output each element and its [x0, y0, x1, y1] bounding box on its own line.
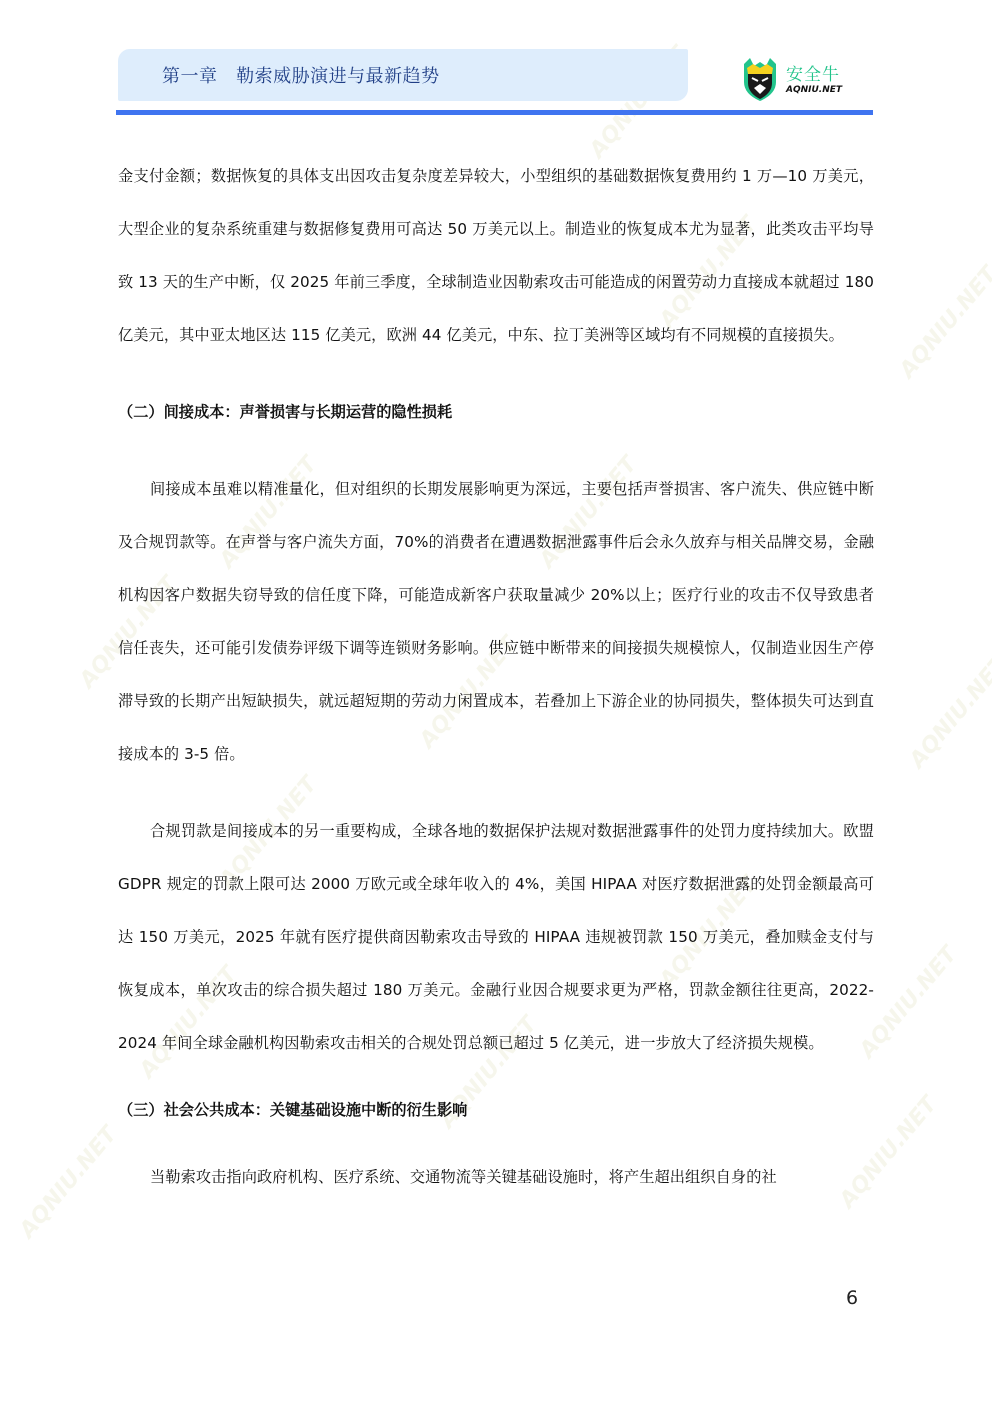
section-heading: （二）间接成本：声誉损害与长期运营的隐性损耗	[118, 386, 874, 439]
paragraph: 当勒索攻击指向政府机构、医疗系统、交通物流等关键基础设施时，将产生超出组织自身的…	[118, 1151, 874, 1204]
watermark: AQNIU.NET	[905, 652, 992, 773]
paragraph: 金支付金额；数据恢复的具体支出因攻击复杂度差异较大，小型组织的基础数据恢复费用约…	[118, 150, 874, 362]
section-heading: （三）社会公共成本：关键基础设施中断的衍生影响	[118, 1084, 874, 1137]
brand-logo: 安全牛 AQNIU.NET	[740, 56, 875, 104]
watermark: AQNIU.NET	[895, 262, 992, 383]
header-divider	[116, 110, 873, 115]
page-number: 6	[846, 1287, 858, 1309]
paragraph: 间接成本虽难以精准量化，但对组织的长期发展影响更为深远，主要包括声誉损害、客户流…	[118, 463, 874, 781]
warrior-shield-icon	[740, 56, 780, 102]
logo-text-en: AQNIU.NET	[786, 85, 842, 95]
document-body: 金支付金额；数据恢复的具体支出因攻击复杂度差异较大，小型组织的基础数据恢复费用约…	[118, 150, 874, 1204]
watermark: AQNIU.NET	[15, 1122, 122, 1243]
paragraph: 合规罚款是间接成本的另一重要构成，全球各地的数据保护法规对数据泄露事件的处罚力度…	[118, 805, 874, 1070]
chapter-title: 第一章 勒索威胁演进与最新趋势	[162, 62, 440, 88]
logo-text-cn: 安全牛	[786, 60, 840, 85]
